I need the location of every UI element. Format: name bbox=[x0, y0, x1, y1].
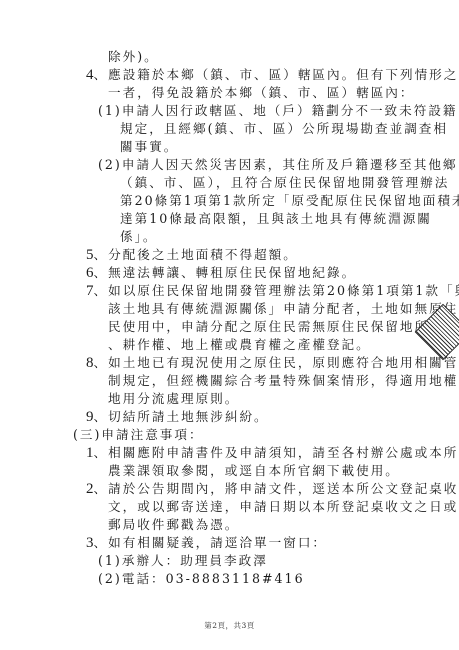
list-marker: 2 bbox=[86, 481, 94, 497]
text-line: 除外)。 bbox=[108, 49, 159, 65]
line-text: 達第10條最高限額，且與該土地具有傳統淵源關 bbox=[120, 211, 432, 226]
line-text: 係」。 bbox=[120, 229, 157, 244]
text-line: (2)電話：03-8883118#416 bbox=[98, 571, 305, 587]
seal-stamp-icon bbox=[415, 304, 459, 361]
text-line: 該土地具有傳統淵源關係」申請分配者，土地如無原住 bbox=[108, 301, 458, 317]
line-text: （鎮、市、區），且符合原住民保留地開發管理辦法 bbox=[120, 175, 449, 190]
list-marker: (三) bbox=[73, 427, 101, 442]
line-text: 農業課領取參閱，或逕自本所官網下載使用。 bbox=[108, 463, 400, 478]
list-marker: (1) bbox=[98, 553, 122, 568]
line-text: 、請於公告期間內，將申請文件，逕送本所公文登記桌收 bbox=[94, 481, 459, 496]
text-line: (1)申請人因行政轄區、地（戶）籍劃分不一致未符設籍 bbox=[98, 103, 458, 119]
line-text: 文，或以郵寄送達，申請日期以本所登記桌收文之日或 bbox=[108, 499, 458, 514]
text-line: 1、相關應附申請書件及申請須知，請至各村辦公處或本所 bbox=[86, 445, 458, 461]
line-text: 申請人因天然災害因素，其住所及戶籍遷移至其他鄉 bbox=[122, 157, 458, 172]
text-line: (2)申請人因天然災害因素，其住所及戶籍遷移至其他鄉 bbox=[98, 157, 458, 173]
line-text: 承辦人：助理員李政澤 bbox=[122, 553, 268, 568]
line-text: 一者，得免設籍於本鄉（鎮、市、區）轄區內： bbox=[108, 85, 414, 100]
text-line: 制規定，但經機關綜合考量特殊個案情形，得適用地權 bbox=[108, 373, 458, 389]
text-line: 一者，得免設籍於本鄉（鎮、市、區）轄區內： bbox=[108, 85, 414, 101]
seal-stamp bbox=[410, 290, 459, 380]
text-line: 8、如土地已有現況使用之原住民，原則應符合地用相關管 bbox=[86, 355, 458, 371]
list-marker: 9 bbox=[86, 409, 94, 425]
list-marker: 3 bbox=[86, 535, 94, 551]
line-text: 、相關應附申請書件及申請須知，請至各村辦公處或本所 bbox=[94, 445, 459, 460]
line-text: 規定，且經鄉(鎮、市、區）公所現場勘查並調查相 bbox=[120, 121, 448, 136]
line-text: 、如有相關疑義，請逕洽單一窗口： bbox=[94, 535, 328, 550]
line-text: 申請注意事項： bbox=[101, 427, 203, 442]
text-line: 5、分配後之土地面積不得超額。 bbox=[86, 247, 298, 263]
text-line: 第20條第1項第1款所定「原受配原住民保留地面積未 bbox=[120, 193, 459, 209]
line-text: 、耕作權、地上權或農育權之產權登記。 bbox=[108, 337, 371, 352]
line-text: 郵局收件郵戳為憑。 bbox=[108, 517, 239, 532]
list-marker: (1) bbox=[98, 103, 122, 118]
text-line: 關事實。 bbox=[120, 139, 178, 155]
text-line: (三)申請注意事項： bbox=[73, 427, 204, 443]
list-marker: 8 bbox=[86, 355, 94, 371]
text-line: (1)承辦人：助理員李政澤 bbox=[98, 553, 268, 569]
text-line: 係」。 bbox=[120, 229, 157, 245]
list-marker: 4 bbox=[86, 67, 94, 83]
line-text: 該土地具有傳統淵源關係」申請分配者，土地如無原住 bbox=[108, 301, 458, 316]
line-text: 、無違法轉讓、轉租原住民保留地紀錄。 bbox=[94, 265, 357, 280]
text-line: 地用分流處理原則。 bbox=[108, 391, 239, 407]
list-marker: 5 bbox=[86, 247, 94, 263]
text-line: 4、應設籍於本鄉（鎮、市、區）轄區內。但有下列情形之 bbox=[86, 67, 458, 83]
line-text: 申請人因行政轄區、地（戶）籍劃分不一致未符設籍 bbox=[122, 103, 458, 118]
line-text: 、應設籍於本鄉（鎮、市、區）轄區內。但有下列情形之 bbox=[94, 67, 459, 82]
text-line: 9、切結所請土地無涉糾紛。 bbox=[86, 409, 269, 425]
line-text: 、切結所請土地無涉糾紛。 bbox=[94, 409, 269, 424]
line-text: 制規定，但經機關綜合考量特殊個案情形，得適用地權 bbox=[108, 373, 458, 388]
line-text: 民使用中，申請分配之原住民需無原住民保留地所有權 bbox=[108, 319, 458, 334]
text-line: 達第10條最高限額，且與該土地具有傳統淵源關 bbox=[120, 211, 432, 227]
text-line: （鎮、市、區），且符合原住民保留地開發管理辦法 bbox=[120, 175, 449, 191]
text-line: 規定，且經鄉(鎮、市、區）公所現場勘查並調查相 bbox=[120, 121, 448, 137]
text-line: 3、如有相關疑義，請逕洽單一窗口： bbox=[86, 535, 327, 551]
list-marker: 1 bbox=[86, 445, 94, 461]
text-line: 、耕作權、地上權或農育權之產權登記。 bbox=[108, 337, 371, 353]
text-line: 文，或以郵寄送達，申請日期以本所登記桌收文之日或 bbox=[108, 499, 458, 515]
line-text: 關事實。 bbox=[120, 139, 178, 154]
text-line: 2、請於公告期間內，將申請文件，逕送本所公文登記桌收 bbox=[86, 481, 458, 497]
line-text: 地用分流處理原則。 bbox=[108, 391, 239, 406]
text-line: 民使用中，申請分配之原住民需無原住民保留地所有權 bbox=[108, 319, 458, 335]
text-line: 郵局收件郵戳為憑。 bbox=[108, 517, 239, 533]
line-text: 第20條第1項第1款所定「原受配原住民保留地面積未 bbox=[120, 193, 459, 208]
text-line: 農業課領取參閱，或逕自本所官網下載使用。 bbox=[108, 463, 400, 479]
list-marker: (2) bbox=[98, 157, 122, 172]
page-footer: 第2頁，共3頁 bbox=[0, 620, 459, 631]
list-marker: 7 bbox=[86, 283, 94, 299]
text-line: 6、無違法轉讓、轉租原住民保留地紀錄。 bbox=[86, 265, 356, 281]
list-marker: 6 bbox=[86, 265, 94, 281]
text-line: 7、如以原住民保留地開發管理辦法第20條第1項第1款「與 bbox=[86, 283, 459, 299]
line-text: 、如以原住民保留地開發管理辦法第20條第1項第1款「與 bbox=[94, 283, 459, 298]
list-marker: (2) bbox=[98, 571, 122, 586]
line-text: 、如土地已有現況使用之原住民，原則應符合地用相關管 bbox=[94, 355, 459, 370]
line-text: 、分配後之土地面積不得超額。 bbox=[94, 247, 298, 262]
line-text: 除外)。 bbox=[108, 49, 159, 64]
line-text: 電話：03-8883118#416 bbox=[122, 571, 305, 586]
